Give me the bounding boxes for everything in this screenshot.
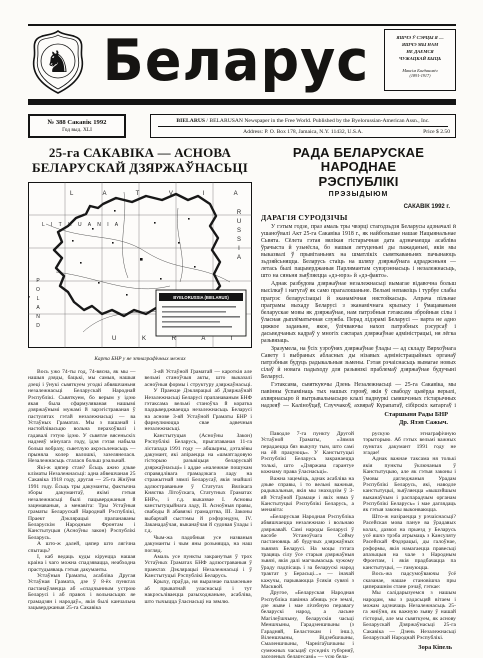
map-caption: Карта БНР у яе этнаграфічных межах	[28, 356, 252, 362]
article-column-4-text: рускую этнаграфічную тэрыторыю. Аб гэтых…	[363, 431, 456, 641]
right-article: РАДА БЕЛАРУСКАЕ НАРОДНАЕ РЭСПУБЛІКІ ПРЭЗ…	[261, 146, 456, 658]
map-label-latvia: L A T V I A	[70, 191, 252, 197]
map-label-lithuania: L I T H U A N I A	[42, 222, 121, 228]
paragraph: У гэтым годзе, праз амаль тры чвэрці ста…	[261, 224, 456, 281]
paragraph: Гэтаксама, сьвяткуючы Дзень Незалежнасьц…	[261, 382, 456, 408]
signature-title: Старшыня Рады БНР	[261, 411, 448, 419]
left-article-columns: Вось ужо 74-ты год, 74-вясна, як мы — на…	[28, 369, 252, 657]
pahonia-emblem-icon: ♞	[28, 29, 88, 95]
paragraph: Чым-жа падобныя усе названыя дакуманты і…	[145, 535, 253, 554]
left-article: 25-га САКАВІКА — АСНОВА БЕЛАРУСКАЙ ДЗЯРЖ…	[28, 146, 252, 658]
paragraph: Важна зацеміць, аднак асабліва на дзьве …	[261, 476, 354, 514]
masthead: ♞ Беларус ЯШЧЭ Ў СЭРЦЫ Я — ЯШЧЭ МЫ НАМ Н…	[28, 24, 456, 105]
map-label-ukraine: U K R A I N E	[112, 336, 252, 342]
newspaper-title: Беларус	[88, 27, 384, 94]
right-headline: РАДА БЕЛАРУСКАЕ НАРОДНАЕ РЭСПУБЛІКІ	[261, 146, 456, 189]
map-legend-title: BYELORUSSIA (BIELARUS)	[173, 295, 229, 300]
dateline: САКАВІК 1992 г.	[261, 204, 450, 210]
article-column-3: Паводле 7-га пункту Другой Устаўной Грам…	[261, 431, 354, 658]
paragraph: Які-ж цяпер стан? Ёсьць ажно дзьве кліма…	[28, 465, 136, 542]
paragraph: рускую этнаграфічную тэрыторыю. Аб гэтых…	[363, 431, 456, 457]
paragraph: Вось ужо 74-ты год, 74-вясна, як мы — на…	[28, 369, 136, 465]
left-headline-line2: БЕЛАРУСКАЙ ДЗЯРЖАЎНАСЬЦІ	[28, 161, 252, 176]
signature-name: Др. Язэп Сажыч.	[261, 419, 448, 427]
publisher-description: / BELARUSAN Newspaper in the Free World.…	[205, 118, 430, 124]
left-headline: 25-га САКАВІКА — АСНОВА БЕЛАРУСКАЙ ДЗЯРЖ…	[28, 146, 252, 178]
paragraph: Зразумела, на ўсіх узроўнях дзяржаўнае ў…	[261, 346, 456, 381]
publisher-name: BIELARUS	[176, 118, 205, 124]
paragraph: Аднак разбудова дзяржаўнае незалежнасьці…	[261, 281, 456, 345]
paragraph: І, каб ведаць куды кіруецца нашая краіна…	[28, 554, 136, 573]
paragraph: Што-ж назіраецца у рэчаіснасьці? Расейск…	[363, 514, 456, 571]
left-article-columns-continued: Паводле 7-га пункту Другой Устаўной Грам…	[261, 431, 456, 658]
map-label-poland: POLAND	[35, 278, 41, 332]
article-column-2: 3-яй Устаўной Граматай — кароткія але ве…	[145, 369, 253, 657]
issue-box: № 388 Сакавік 1992 Год выд. XLI	[28, 114, 126, 138]
paragraph: «Беларуская Народная Рэспубліка абвяшчае…	[261, 514, 354, 591]
publisher-address: Address: P. O. Box 178, Jamaica, N.Y. 11…	[243, 129, 363, 135]
paragraph: Аднак важнае таксама ня толькі якія пунк…	[363, 456, 456, 513]
map-legend: BYELORUSSIA (BIELARUS)	[156, 290, 246, 336]
motto-years: (1891-1917)	[387, 73, 453, 78]
publisher-address-line: Address: P. O. Box 178, Jamaica, N.Y. 11…	[151, 127, 455, 136]
issue-year: Год выд. XLI	[32, 127, 122, 133]
bnr-map: L A T V I A L I T H U A N I A RUSSIA POL…	[28, 182, 252, 362]
content: 25-га САКАВІКА — АСНОВА БЕЛАРУСКАЙ ДЗЯРЖ…	[28, 146, 456, 658]
paragraph: Амаль усе пункты закранутыя ў трох Устаў…	[145, 554, 253, 580]
paragraph: Мы салідарызуемся з нашым народам, мы з …	[363, 590, 456, 641]
newspaper-page: ♞ Беларус ЯШЧЭ Ў СЭРЦЫ Я — ЯШЧЭ МЫ НАМ Н…	[0, 0, 483, 658]
right-headline-line1: РАДА БЕЛАРУСКАЕ НАРОДНАЕ	[261, 146, 456, 175]
pahonia-knight-icon: ♞	[45, 46, 72, 79]
paragraph: Паводле 7-га пункту Другой Устаўной Грам…	[261, 431, 354, 476]
price: Price $ 2.50	[423, 129, 450, 135]
salutation: ДАРАГІЯ СУРОДЗІЧЫ	[261, 213, 456, 222]
paragraph: 3-яй Устаўной Граматай — кароткія але ве…	[145, 369, 253, 388]
article-column-1: Вось ужо 74-ты год, 74-вясна, як мы — на…	[28, 369, 136, 657]
info-bar: № 388 Сакавік 1992 Год выд. XLI BIELARUS…	[28, 114, 456, 138]
right-headline-line2: РЭСПУБЛІКІ	[261, 175, 456, 189]
paragraph: Вось-жа падсумоўваючы ўсё сказанае, наша…	[363, 571, 456, 590]
author-byline: Зора Кіпель	[363, 644, 452, 651]
masthead-rule	[28, 99, 456, 105]
motto-line: НЕ ДАЕМСЯ	[387, 49, 453, 56]
map-label-russia: RUSSIA	[236, 210, 242, 264]
paragraph: Устаўныя Граматы, асабліва Другая Устаўн…	[28, 573, 136, 611]
motto-line: ЯШЧЭ МЫ НАМ	[387, 42, 453, 49]
motto-line: ЧУЖАЦКАЙ БЫЦЬ	[387, 56, 453, 63]
publisher-box: BIELARUS / BELARUSAN Newspaper in the Fr…	[150, 114, 456, 138]
article-column-4: рускую этнаграфічную тэрыторыю. Аб гэтых…	[363, 431, 456, 658]
masthead-motto-box: ЯШЧЭ Ў СЭРЦЫ Я — ЯШЧЭ МЫ НАМ НЕ ДАЕМСЯ Ч…	[384, 29, 456, 91]
paragraph: Другое, «Беларуская Народная Рэспубліка …	[261, 590, 354, 658]
motto-line: ЯШЧЭ Ў СЭРЦЫ Я —	[387, 35, 453, 42]
right-article-body: У гэтым годзе, праз амаль тры чвэрці ста…	[261, 224, 456, 408]
right-subhead: ПРЭЗЫДЫЮМ	[261, 191, 456, 198]
paragraph: У Праекце Дэклярацыі аб Дзяржаўнай Незал…	[145, 388, 253, 433]
issue-number: № 388 Сакавік 1992	[32, 119, 122, 126]
publisher-line: BIELARUS / BELARUSAN Newspaper in the Fr…	[158, 117, 448, 127]
paragraph: Канстытуцыя (Асноўны Закон) Рэспублікі Б…	[145, 433, 253, 535]
paragraph: Крыху, праўда, ня выразнае палажэньне аб…	[145, 579, 253, 605]
paragraph: А што-ж далей, цяпер што лягічна спытаць…	[28, 541, 136, 554]
left-headline-line1: 25-га САКАВІКА — АСНОВА	[28, 146, 252, 161]
signature-block: Старшыня Рады БНР Др. Язэп Сажыч.	[261, 411, 448, 427]
